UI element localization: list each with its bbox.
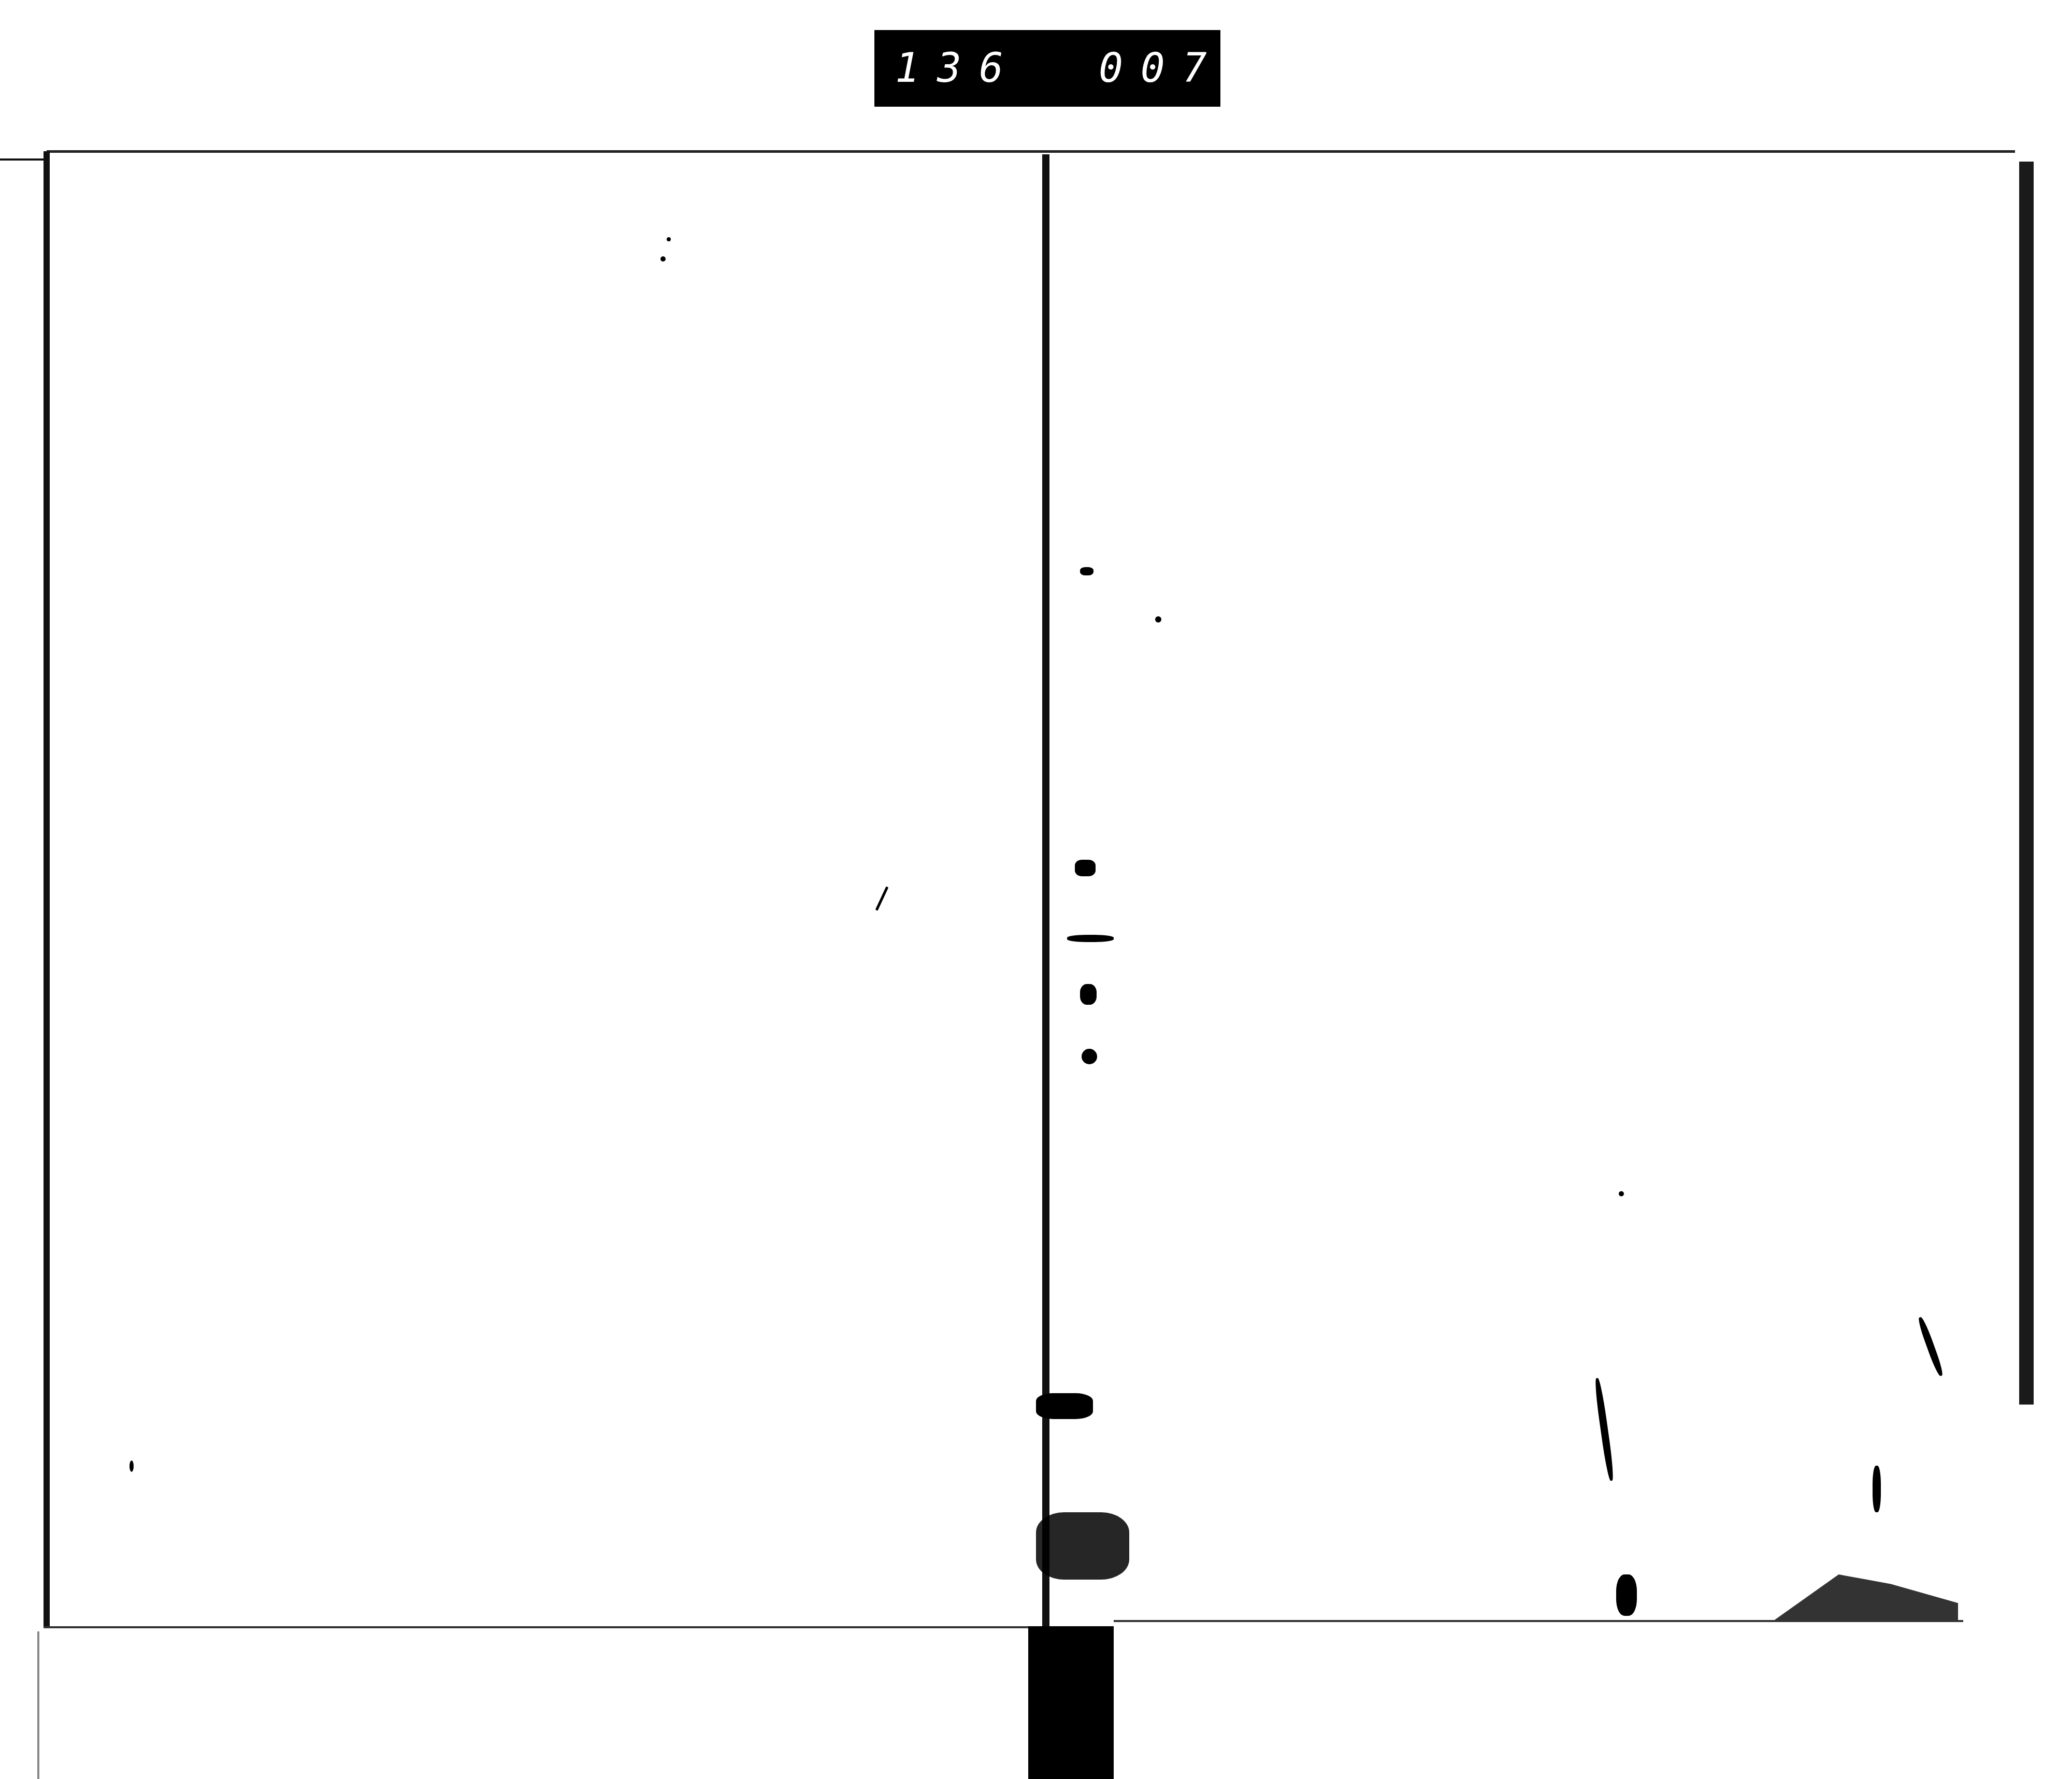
stain-mark [1075, 860, 1096, 876]
top-rule-left [0, 158, 49, 161]
stain-mark [1036, 1393, 1093, 1419]
stain-mark [1080, 984, 1097, 1005]
stain-mark [129, 1460, 134, 1472]
right-page [1049, 155, 2019, 1620]
top-page-edge [47, 150, 2015, 153]
stain-mark [1036, 1512, 1129, 1580]
label-right-number: 007. [1099, 45, 1267, 92]
label-left-number: 136 [895, 45, 1021, 92]
stain-mark [660, 256, 666, 262]
stain-mark [1082, 1049, 1097, 1064]
scan-id-label: 136 007. [874, 30, 1220, 107]
left-page [50, 153, 1042, 1626]
stain-mark [667, 237, 671, 241]
stain-mark [1619, 1191, 1624, 1196]
outer-edge [37, 1631, 39, 1779]
spine-block [1028, 1626, 1114, 1779]
stain-mark [1080, 567, 1093, 575]
stain-mark [1873, 1466, 1881, 1512]
right-page-edge [2019, 162, 2034, 1405]
stain-mark [1155, 616, 1161, 623]
stain-mark [1067, 935, 1114, 942]
left-page-bottom-edge [44, 1626, 1038, 1628]
stain-mark [1616, 1574, 1637, 1616]
left-page-edge [44, 151, 50, 1627]
